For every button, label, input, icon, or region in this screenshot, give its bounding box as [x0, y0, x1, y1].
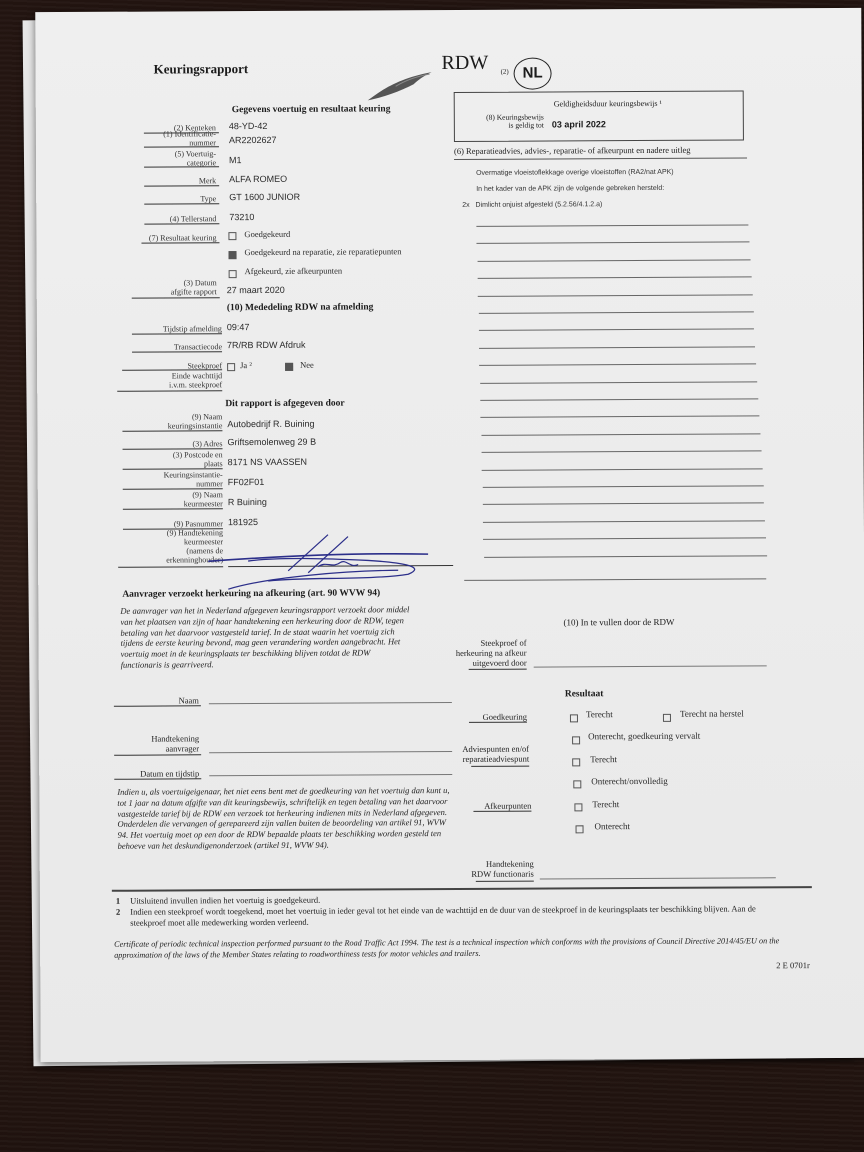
label-underline — [117, 390, 222, 392]
rdw-signature-field[interactable] — [540, 877, 776, 879]
repair-blank-line — [464, 578, 766, 581]
sample-checkbox-ja[interactable] — [227, 363, 235, 371]
label-underline — [469, 669, 527, 670]
repair-blank-line — [476, 224, 748, 226]
vehicle-field-value: M1 — [229, 155, 242, 165]
repair-blank-line — [477, 259, 750, 261]
rdw-fill-title: (10) In te vullen door de RDW — [563, 617, 674, 628]
label-underline — [144, 185, 219, 186]
vehicle-field-label: (5) Voertuig- categorie — [106, 149, 216, 168]
issued-by-fields: (9) Naam keuringsinstantieAutobedrijf R.… — [35, 8, 861, 12]
goedkeuring-onterecht-checkbox[interactable] — [572, 736, 580, 744]
label-underline — [132, 333, 222, 334]
country-code-badge: NL — [514, 57, 552, 89]
form-code: 2 E 0701r — [776, 960, 810, 970]
issuer-field-value: Autobedrijf R. Buining — [227, 419, 314, 429]
afkeur-onterecht-checkbox[interactable] — [576, 825, 584, 833]
footnote-2-text: Indien een steekproef wordt toegekend, m… — [130, 903, 790, 928]
repair-blank-line — [478, 277, 752, 279]
repair-blank-line — [477, 242, 750, 244]
vehicle-fields: (2) Kenteken48-YD-42(1) Identificatie- n… — [35, 8, 861, 12]
repair-blank-line — [482, 468, 762, 470]
repair-line-3: 2x Dimlicht onjuist afgesteld (5.2.56/4.… — [462, 201, 602, 209]
repair-blank-line — [480, 398, 758, 400]
afkeur-terecht-option: Terecht — [592, 799, 619, 809]
repair-blank-line — [483, 520, 765, 522]
repair-line-1: Overmatige vloeistoflekkage overige vloe… — [476, 169, 674, 177]
label-underline — [132, 351, 222, 352]
label-underline — [122, 430, 222, 432]
result-option-afgekeurd: Afgekeurd, zie afkeurpunten — [245, 266, 343, 277]
rdw-notice-title: (10) Mededeling RDW na afmelding — [227, 302, 374, 313]
time-value: 09:47 — [227, 322, 250, 332]
validity-title: Geldigheidsduur keuringsbewijs ¹ — [554, 99, 662, 109]
document-title: Keuringsrapport — [154, 61, 249, 77]
issuer-field-value: 181925 — [228, 517, 258, 527]
applicant-signature-label: Handtekening aanvrager — [99, 733, 199, 754]
rdw-logo-text: RDW — [441, 52, 488, 75]
vehicle-field-value: 73210 — [229, 212, 254, 222]
rdw-bird-logo-icon — [366, 68, 436, 102]
result-option-reparatie: Goedgekeurd na reparatie, zie reparatiep… — [244, 246, 401, 257]
repair-blank-line — [480, 364, 757, 366]
issuer-field-label: (3) Postcode en plaats — [113, 450, 223, 469]
label-underline — [471, 766, 529, 767]
certificate-text: Certificate of periodic technical inspec… — [114, 936, 794, 961]
goedkeuring-herstel-checkbox[interactable] — [663, 714, 671, 722]
label-underline — [144, 223, 219, 224]
issued-by-title: Dit rapport is afgegeven door — [225, 399, 344, 410]
repair-blank-line — [481, 433, 760, 435]
repair-blank-line — [480, 381, 757, 383]
repair-blank-line — [479, 346, 755, 348]
label-underline — [132, 297, 220, 298]
goedkeuring-label: Goedkeuring — [427, 712, 527, 723]
issuer-field-label: (9) Naam keuringsinstantie — [112, 412, 222, 431]
datetime-field[interactable] — [209, 774, 452, 776]
repair-blank-line — [483, 538, 766, 540]
vehicle-field-label: (1) Identificatie- nummer — [106, 129, 216, 148]
applicant-signature-field[interactable] — [209, 751, 452, 753]
transaction-value: 7R/RB RDW Afdruk — [227, 340, 306, 350]
validity-label: (8) Keuringsbewijs is geldig tot — [466, 114, 544, 130]
issuer-field-value: Griftsemolenweg 29 B — [227, 437, 316, 447]
inspector-signature-label: (9) Handtekening keurmeester (namens de … — [113, 528, 223, 565]
repair-blank-line — [478, 311, 753, 313]
label-underline — [144, 166, 219, 167]
advies-onterecht-option: Onterecht/onvolledig — [591, 776, 668, 786]
sample-option-ja: Ja ² — [240, 360, 252, 370]
label-underline — [144, 203, 219, 204]
reinspection-title: Aanvrager verzoekt herkeuring na afkeuri… — [122, 588, 380, 599]
advies-terecht-option: Terecht — [590, 754, 617, 764]
label-underline — [114, 705, 201, 706]
reinspection-text: De aanvrager van het in Nederland afgege… — [120, 604, 410, 670]
inspector-signature-icon — [208, 530, 448, 591]
label-underline — [469, 722, 527, 723]
vehicle-field-value: ALFA ROMEO — [229, 174, 287, 184]
issue-date-label: (3) Datum afgifte rapport — [107, 278, 217, 297]
issuer-field-label: (9) Naam keurmeester — [113, 490, 223, 509]
footnote-2-number: 2 — [116, 907, 120, 929]
result-checkbox-afgekeurd[interactable] — [229, 270, 237, 278]
rdw-result-title: Resultaat — [565, 689, 604, 699]
sample-option-nee: Nee — [300, 360, 314, 370]
section-divider — [112, 886, 812, 891]
repair-line-2: In het kader van de APK zijn de volgende… — [476, 185, 664, 193]
issuer-field-value: FF02F01 — [228, 477, 265, 487]
owner-reinspection-text: Indien u, als voertuigeigenaar, het niet… — [117, 785, 457, 852]
vehicle-field-value: GT 1600 JUNIOR — [229, 192, 300, 202]
result-checkbox-goedgekeurd[interactable] — [228, 232, 236, 240]
repair-blank-line — [481, 451, 761, 453]
validity-date: 03 april 2022 — [552, 119, 606, 129]
advies-terecht-checkbox[interactable] — [572, 758, 580, 766]
repair-section-title: (6) Reparatieadvies, advies-, reparatie-… — [454, 145, 691, 156]
goedkeuring-terecht-checkbox[interactable] — [570, 714, 578, 722]
issuer-field-label: Keuringsinstantie- nummer — [113, 470, 223, 489]
issuer-field-value: 8171 NS VAASSEN — [228, 457, 307, 467]
applicant-name-field[interactable] — [209, 702, 452, 704]
label-underline — [114, 754, 201, 755]
label-underline — [114, 778, 201, 779]
label-underline — [144, 146, 219, 147]
issuer-field-value: R Buining — [228, 497, 267, 507]
afkeur-terecht-checkbox[interactable] — [574, 803, 582, 811]
performed-by-label: Steekproef of herkeuring na afkeur uitge… — [427, 638, 527, 669]
vehicle-section-title: Gegevens voertuig en resultaat keuring — [232, 104, 391, 115]
goedkeuring-onterecht-option: Onterecht, goedkeuring vervalt — [588, 731, 700, 742]
vehicle-field-value: AR2202627 — [229, 135, 277, 145]
label-underline — [476, 881, 534, 882]
repair-section-underline — [454, 157, 747, 160]
label-underline — [123, 508, 223, 510]
repair-blank-line — [478, 294, 752, 296]
rdw-signature-label: Handtekening RDW functionaris — [434, 859, 534, 880]
repair-blank-line — [483, 503, 765, 505]
repair-blank-line — [479, 329, 755, 331]
advies-onterecht-checkbox[interactable] — [573, 780, 581, 788]
footnote-1-number: 1 — [116, 896, 120, 907]
repair-blank-line — [481, 416, 760, 418]
afkeur-onterecht-option: Onterecht — [595, 821, 631, 831]
advies-label: Adviespunten en/of reparatieadviespunt — [429, 744, 529, 765]
vehicle-field-value: 48-YD-42 — [229, 121, 268, 131]
result-checkbox-reparatie[interactable] — [229, 251, 237, 259]
applicant-name-label: Naam — [99, 695, 199, 706]
sample-checkbox-nee[interactable] — [285, 363, 293, 371]
performed-by-field[interactable] — [534, 665, 767, 667]
label-underline — [473, 811, 531, 812]
wait-time-label: Einde wachttijd i.v.m. steekproef — [112, 371, 222, 390]
afkeur-label: Afkeurpunten — [431, 801, 531, 812]
result-option-goedgekeurd: Goedgekeurd — [244, 229, 290, 239]
goedkeuring-herstel-option: Terecht na herstel — [680, 708, 744, 718]
goedkeuring-terecht-option: Terecht — [586, 709, 613, 719]
footnotes: 1Uitsluitend invullen indien het voertui… — [116, 892, 816, 929]
repair-blank-lines — [35, 8, 861, 12]
repair-blank-line — [482, 485, 763, 487]
datetime-label: Datum en tijdstip — [99, 768, 199, 779]
repair-blank-line — [484, 555, 767, 557]
label-underline — [141, 242, 219, 243]
issue-date-value: 27 maart 2020 — [227, 285, 285, 295]
inspection-report-page: Keuringsrapport RDW (2) NL Gegevens voer… — [35, 8, 864, 1062]
country-note: (2) — [501, 68, 509, 76]
